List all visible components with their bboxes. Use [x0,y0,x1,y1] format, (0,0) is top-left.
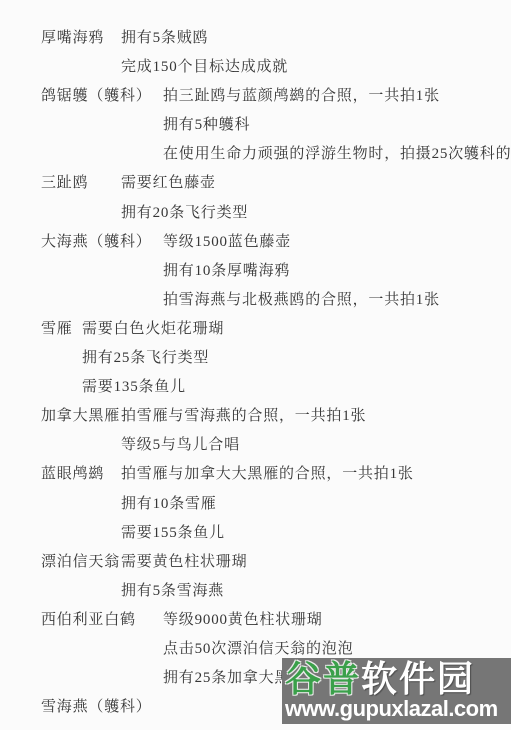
bird-name-label: 加拿大黑雁 [41,402,120,431]
requirement-text: 拥有5条雪海燕 [121,577,224,606]
site-logo-white-text: 软件园 [361,658,475,699]
requirements-list: 厚嘴海鸦拥有5条贼鸥 完成150个目标达成成就 鸽锯鹱（鹱科）拍三趾鸥与蓝颜鸬鹚… [0,0,511,722]
doc-row: 大海燕（鹱科）等级1500蓝色藤壶 [0,228,511,257]
doc-row: 在使用生命力顽强的浮游生物时，拍摄25次鹱科的照片 [0,140,511,169]
requirement-text: 在使用生命力顽强的浮游生物时，拍摄25次鹱科的照片 [163,140,511,169]
doc-row: 厚嘴海鸦拥有5条贼鸥 [0,24,511,53]
requirement-text: 拥有20条飞行类型 [121,199,248,228]
doc-row: 拥有10条雪雁 [0,490,511,519]
doc-row: 蓝眼鸬鹚拍雪雁与加拿大大黑雁的合照，一共拍1张 [0,460,511,489]
requirement-text: 拍三趾鸥与蓝颜鸬鹚的合照，一共拍1张 [163,82,440,111]
doc-row: 拥有5条雪海燕 [0,577,511,606]
requirement-text: 需要155条鱼儿 [121,519,225,548]
requirement-text: 等级1500蓝色藤壶 [163,228,291,257]
doc-row: 需要135条鱼儿 [0,373,511,402]
bird-name-label: 大海燕（鹱科） [41,228,152,257]
requirement-text: 需要黄色柱状珊瑚 [121,548,247,577]
requirement-text: 拥有5种鹱科 [163,111,250,140]
bird-name-label: 西伯利亚白鹤 [41,606,136,635]
requirement-text: 拍雪海燕与北极燕鸥的合照，一共拍1张 [163,286,440,315]
site-logo-green-text: 谷普 [285,658,361,699]
bird-name-label: 鸽锯鹱（鹱科） [41,82,152,111]
doc-row: 漂泊信天翁需要黄色柱状珊瑚 [0,548,511,577]
doc-row: 加拿大黑雁拍雪雁与雪海燕的合照，一共拍1张 [0,402,511,431]
requirement-text: 拥有10条厚嘴海鸦 [163,257,290,286]
site-logo: 谷普软件园 [282,658,511,700]
doc-row: 拥有25条飞行类型 [0,344,511,373]
requirement-text: 需要白色火炬花珊瑚 [82,315,224,344]
requirement-text: 需要135条鱼儿 [82,373,186,402]
doc-row: 需要155条鱼儿 [0,519,511,548]
requirement-text: 等级5与鸟儿合唱 [121,431,240,460]
doc-row: 拥有10条厚嘴海鸦 [0,257,511,286]
doc-row: 拍雪海燕与北极燕鸥的合照，一共拍1张 [0,286,511,315]
doc-row: 三趾鸥需要红色藤壶 [0,169,511,198]
bird-name-label: 漂泊信天翁 [41,548,120,577]
bird-name-label: 厚嘴海鸦 [41,24,104,53]
requirement-text: 需要红色藤壶 [121,169,216,198]
doc-row: 雪雁需要白色火炬花珊瑚 [0,315,511,344]
doc-row: 拥有5种鹱科 [0,111,511,140]
site-url: www.gupuxlazal.com [282,698,511,722]
bird-name-label: 蓝眼鸬鹚 [41,460,104,489]
requirement-text: 拍雪雁与雪海燕的合照，一共拍1张 [121,402,366,431]
requirement-text: 拥有25条飞行类型 [82,344,209,373]
bird-name-label: 雪海燕（鹱科） [41,693,152,722]
bird-name-label: 雪雁 [41,315,73,344]
watermark: 谷普软件园 www.gupuxlazal.com [282,658,511,724]
doc-row: 西伯利亚白鹤等级9000黄色柱状珊瑚 [0,606,511,635]
doc-row: 完成150个目标达成成就 [0,53,511,82]
requirement-text: 拥有10条雪雁 [121,490,217,519]
doc-row: 等级5与鸟儿合唱 [0,431,511,460]
requirement-text: 拥有5条贼鸥 [121,24,208,53]
requirement-text: 拍雪雁与加拿大大黑雁的合照，一共拍1张 [121,460,414,489]
requirement-text: 完成150个目标达成成就 [121,53,288,82]
doc-row: 鸽锯鹱（鹱科）拍三趾鸥与蓝颜鸬鹚的合照，一共拍1张 [0,82,511,111]
doc-row: 拥有20条飞行类型 [0,199,511,228]
bird-name-label: 三趾鸥 [41,169,88,198]
requirement-text: 等级9000黄色柱状珊瑚 [163,606,323,635]
